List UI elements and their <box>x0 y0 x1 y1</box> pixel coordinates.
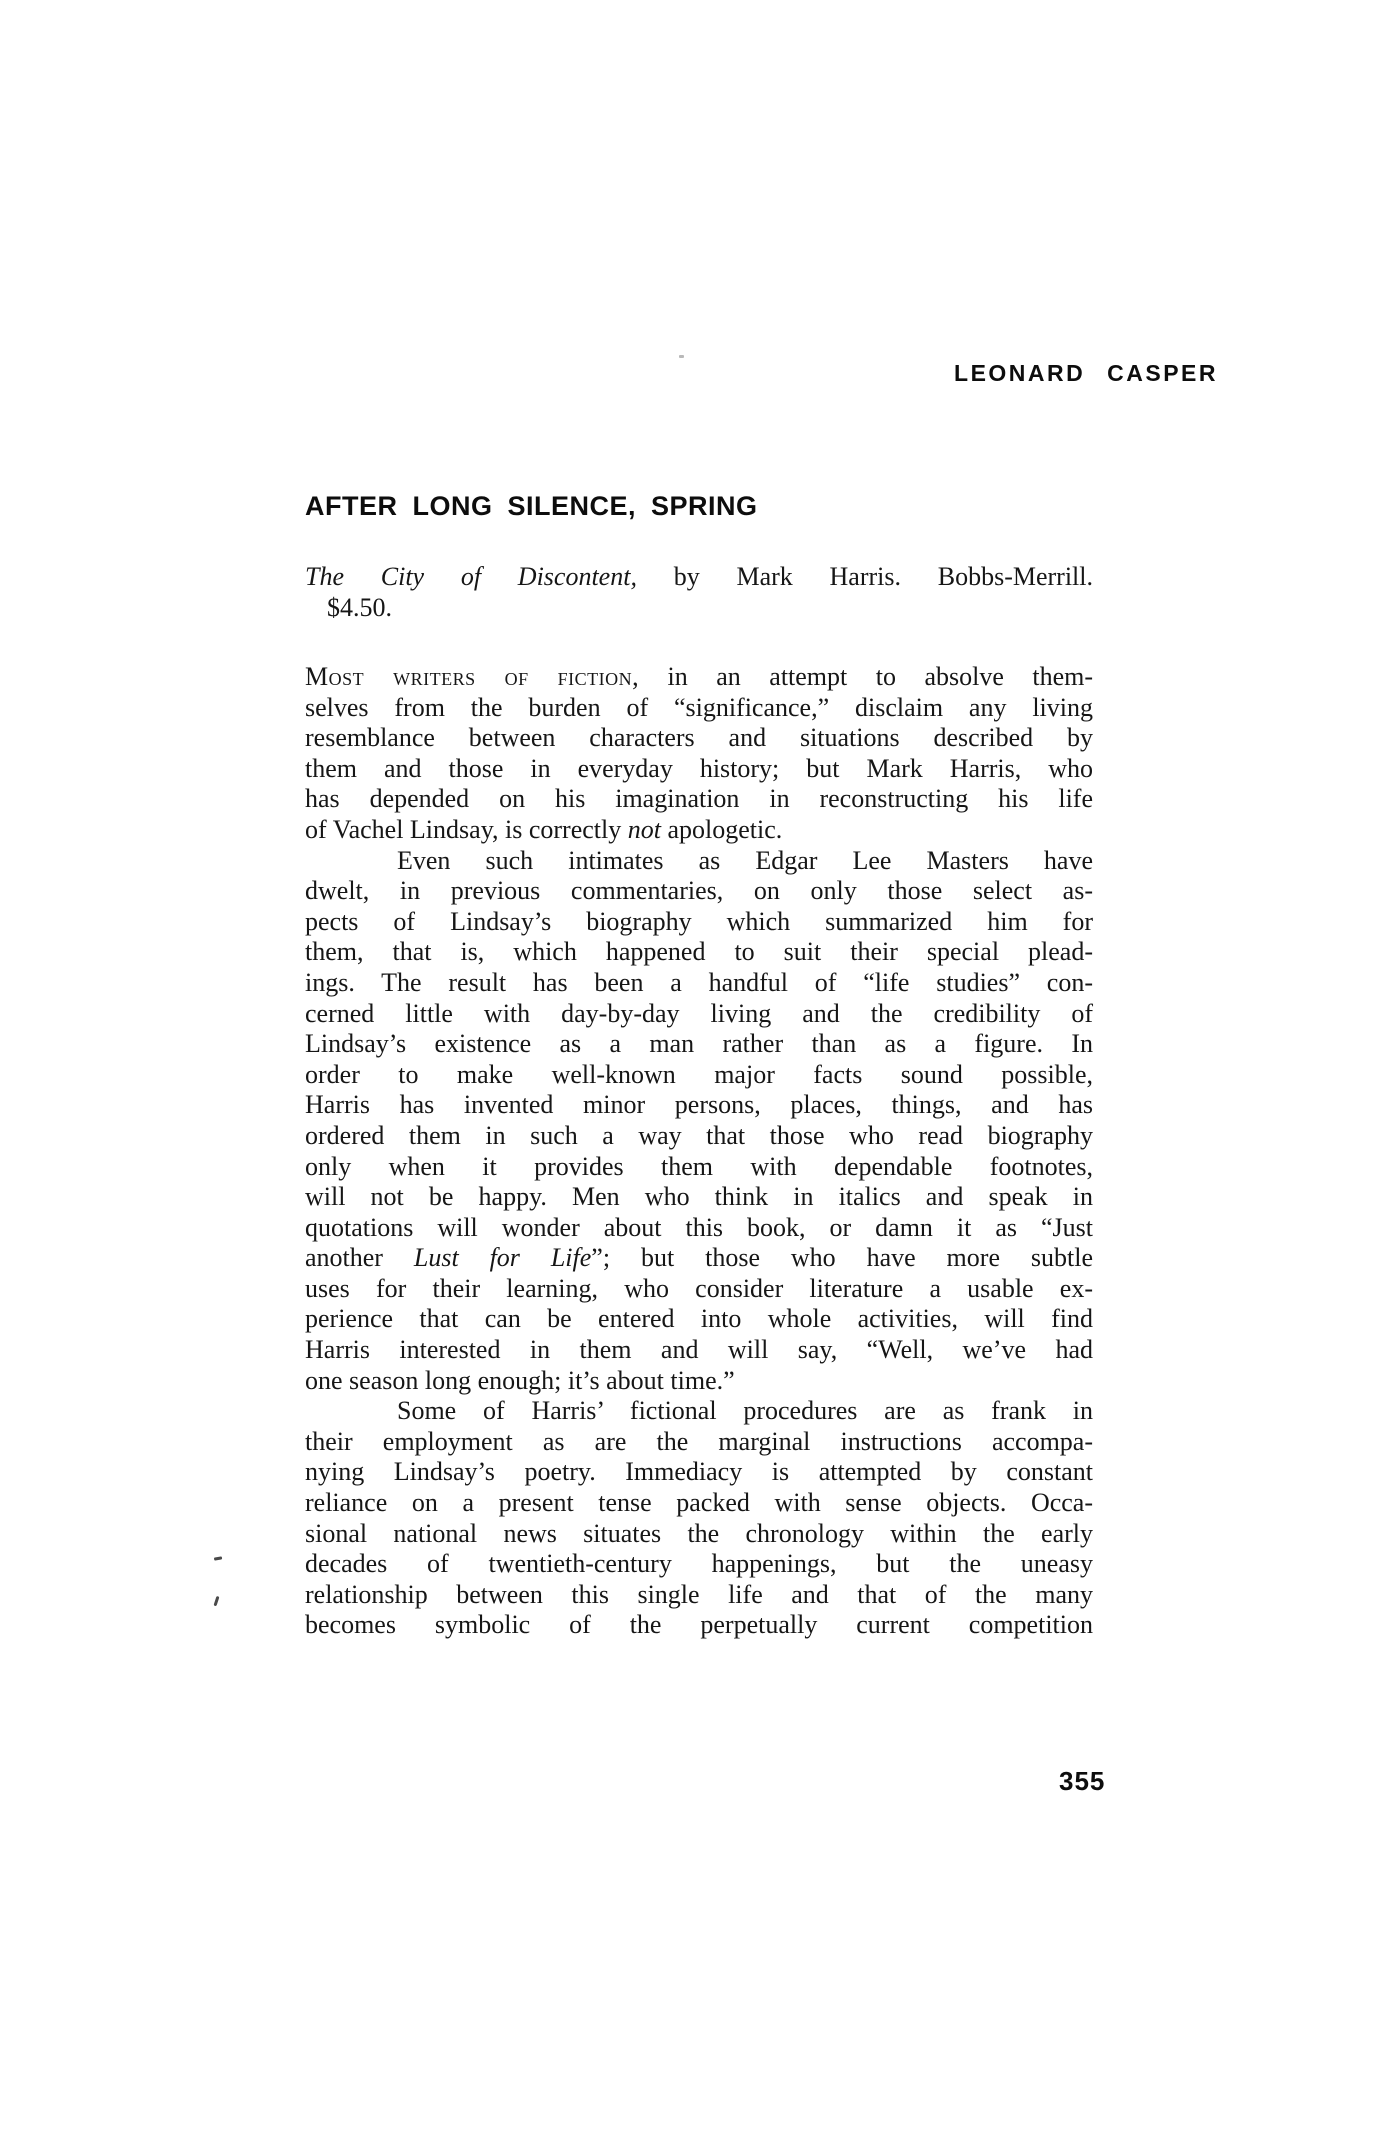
text-line: only when it provides them with dependab… <box>305 1152 1093 1183</box>
text-segment: Even such intimates as Edgar Lee Masters… <box>397 846 1093 875</box>
text-line: order to make well-known major facts sou… <box>305 1060 1093 1091</box>
text-segment: ”; but those who have more subtle <box>591 1243 1093 1272</box>
text-segment: Harris has invented minor persons, place… <box>305 1090 1093 1119</box>
text-segment: decades of twentieth-century happenings,… <box>305 1549 1093 1578</box>
text-segment: pects of Lindsay’s biography which summa… <box>305 907 1093 936</box>
text-line: reliance on a present tense packed with … <box>305 1488 1093 1519</box>
book-page: LEONARD CASPER AFTER LONG SILENCE, SPRIN… <box>0 0 1400 2154</box>
text-segment: by Mark Harris. Bobbs-Merrill. <box>637 562 1093 591</box>
text-line: dwelt, in previous commentaries, on only… <box>305 876 1093 907</box>
italic-text: not <box>628 815 661 844</box>
text-segment: apologetic. <box>661 815 782 844</box>
text-segment: nying Lindsay’s poetry. Immediacy is att… <box>305 1457 1093 1486</box>
text-segment: their employment as are the marginal ins… <box>305 1427 1093 1456</box>
running-head-author: LEONARD CASPER <box>954 360 1218 387</box>
text-line: becomes symbolic of the perpetually curr… <box>305 1610 1093 1641</box>
margin-pencil-mark <box>214 1556 222 1560</box>
citation-line: $4.50. <box>305 592 1093 623</box>
text-segment: Some of Harris’ fictional procedures are… <box>397 1396 1093 1425</box>
text-segment: Lindsay’s existence as a man rather than… <box>305 1029 1093 1058</box>
text-line: decades of twentieth-century happenings,… <box>305 1549 1093 1580</box>
body-text: Most writers of fiction, in an attempt t… <box>305 662 1093 1641</box>
page-number: 355 <box>1059 1766 1105 1797</box>
smallcaps-text: Most writers of fiction, <box>305 662 639 691</box>
text-line: cerned little with day-by-day living and… <box>305 999 1093 1030</box>
text-line: will not be happy. Men who think in ital… <box>305 1182 1093 1213</box>
text-line: Some of Harris’ fictional procedures are… <box>305 1396 1093 1427</box>
text-line: ordered them in such a way that those wh… <box>305 1121 1093 1152</box>
text-segment: another <box>305 1243 414 1272</box>
text-line: sional national news situates the chrono… <box>305 1519 1093 1550</box>
italic-text: Lust for Life <box>414 1243 591 1272</box>
text-segment: perience that can be entered into whole … <box>305 1304 1093 1333</box>
text-line: pects of Lindsay’s biography which summa… <box>305 907 1093 938</box>
text-line: one season long enough; it’s about time.… <box>305 1366 1093 1397</box>
text-segment: becomes symbolic of the perpetually curr… <box>305 1610 1093 1639</box>
text-line: of Vachel Lindsay, is correctly not apol… <box>305 815 1093 846</box>
text-segment: cerned little with day-by-day living and… <box>305 999 1093 1028</box>
text-line: quotations will wonder about this book, … <box>305 1213 1093 1244</box>
text-segment: only when it provides them with dependab… <box>305 1152 1093 1181</box>
text-segment: quotations will wonder about this book, … <box>305 1213 1093 1242</box>
italic-text: The City of Discontent, <box>305 562 637 591</box>
text-segment: selves from the burden of “significance,… <box>305 693 1093 722</box>
margin-pencil-mark <box>214 1596 219 1606</box>
article-title: AFTER LONG SILENCE, SPRING <box>305 491 758 522</box>
text-segment: has depended on his imagination in recon… <box>305 784 1093 813</box>
text-segment: them, that is, which happened to suit th… <box>305 937 1093 966</box>
text-segment: order to make well-known major facts sou… <box>305 1060 1093 1089</box>
text-line: perience that can be entered into whole … <box>305 1304 1093 1335</box>
text-segment: ings. The result has been a handful of “… <box>305 968 1093 997</box>
text-segment: reliance on a present tense packed with … <box>305 1488 1093 1517</box>
text-line: another Lust for Life”; but those who ha… <box>305 1243 1093 1274</box>
text-line: Lindsay’s existence as a man rather than… <box>305 1029 1093 1060</box>
text-segment: uses for their learning, who consider li… <box>305 1274 1093 1303</box>
text-segment: dwelt, in previous commentaries, on only… <box>305 876 1093 905</box>
text-segment: one season long enough; it’s about time.… <box>305 1366 735 1395</box>
text-line: selves from the burden of “significance,… <box>305 693 1093 724</box>
citation: The City of Discontent, by Mark Harris. … <box>305 561 1093 623</box>
text-segment: of Vachel Lindsay, is correctly <box>305 815 628 844</box>
text-line: Even such intimates as Edgar Lee Masters… <box>305 846 1093 877</box>
text-line: has depended on his imagination in recon… <box>305 784 1093 815</box>
text-segment: ordered them in such a way that those wh… <box>305 1121 1093 1150</box>
text-segment: in an attempt to absolve them- <box>639 662 1093 691</box>
text-segment: will not be happy. Men who think in ital… <box>305 1182 1093 1211</box>
citation-line: The City of Discontent, by Mark Harris. … <box>305 561 1093 592</box>
text-line: them, that is, which happened to suit th… <box>305 937 1093 968</box>
text-line: uses for their learning, who consider li… <box>305 1274 1093 1305</box>
text-segment: them and those in everyday history; but … <box>305 754 1093 783</box>
text-line: resemblance between characters and situa… <box>305 723 1093 754</box>
text-segment: relationship between this single life an… <box>305 1580 1093 1609</box>
text-line: Harris interested in them and will say, … <box>305 1335 1093 1366</box>
text-segment: $4.50. <box>327 593 392 622</box>
text-line: nying Lindsay’s poetry. Immediacy is att… <box>305 1457 1093 1488</box>
scan-speck <box>679 355 684 358</box>
text-segment: Harris interested in them and will say, … <box>305 1335 1093 1364</box>
text-line: them and those in everyday history; but … <box>305 754 1093 785</box>
text-line: Harris has invented minor persons, place… <box>305 1090 1093 1121</box>
text-line: ings. The result has been a handful of “… <box>305 968 1093 999</box>
text-segment: resemblance between characters and situa… <box>305 723 1093 752</box>
text-line: their employment as are the marginal ins… <box>305 1427 1093 1458</box>
text-line: relationship between this single life an… <box>305 1580 1093 1611</box>
text-segment: sional national news situates the chrono… <box>305 1519 1093 1548</box>
text-line: Most writers of fiction, in an attempt t… <box>305 662 1093 693</box>
